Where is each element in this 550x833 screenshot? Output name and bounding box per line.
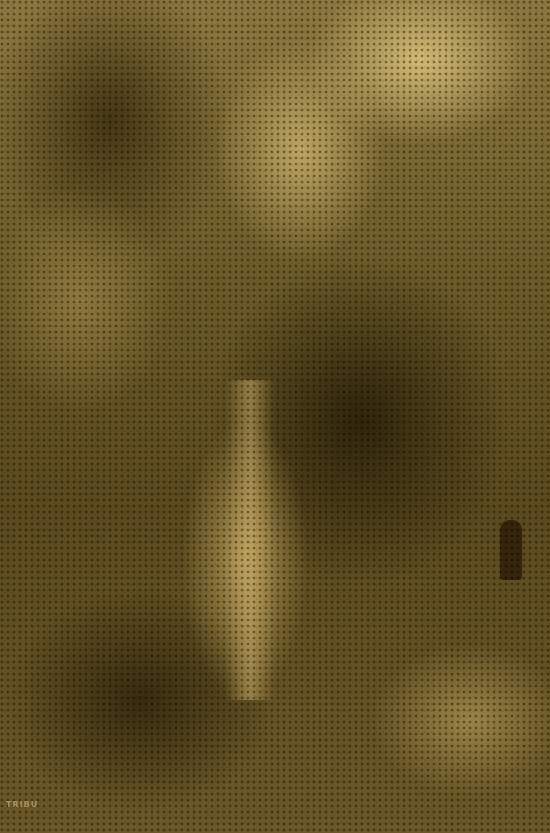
forest-photograph: TRIBU [0, 0, 550, 833]
halftone-grain [0, 0, 550, 833]
corner-stamp: TRIBU [6, 800, 38, 809]
